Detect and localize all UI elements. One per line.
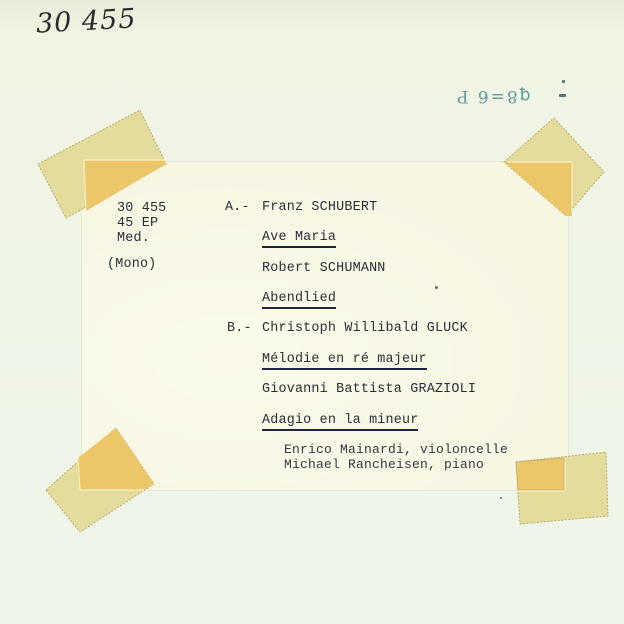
tape-bottom-left [44,424,156,536]
side-b-title-1: Mélodie en ré majeur [262,352,427,370]
tape-top-right [502,116,606,220]
side-b-composer-1: Christoph Willibald GLUCK [262,321,468,336]
catalog-sound: (Mono) [107,257,156,272]
side-a-composer-1: Franz SCHUBERT [262,200,377,215]
record-sleeve: 30 455 ꝗ8=6 P 30 455 45 EP Med. (Mono) A… [0,0,624,624]
performer-piano: Michael Rancheisen, piano [284,457,484,472]
tape-bottom-right [514,450,610,528]
paper-speck [500,497,502,499]
side-a-title-1: Ave Maria [262,230,336,248]
ink-stamp: ꝗ8=6 P [455,86,531,106]
paper-speck [435,286,438,289]
handwritten-catalog-number: 30 455 [35,3,137,39]
side-b-title-2: Adagio en la mineur [262,413,418,431]
side-a-title-2: Abendlied [262,291,336,309]
side-a-marker: A.- [225,200,250,215]
side-b-marker: B.- [227,321,252,336]
performer-cello: Enrico Mainardi, violoncelle [284,442,508,457]
tape-top-left [36,108,171,223]
catalog-series: Med. [117,231,150,246]
stamp-marks [557,80,571,100]
side-a-composer-2: Robert SCHUMANN [262,261,386,276]
side-b-composer-2: Giovanni Battista GRAZIOLI [262,382,476,397]
